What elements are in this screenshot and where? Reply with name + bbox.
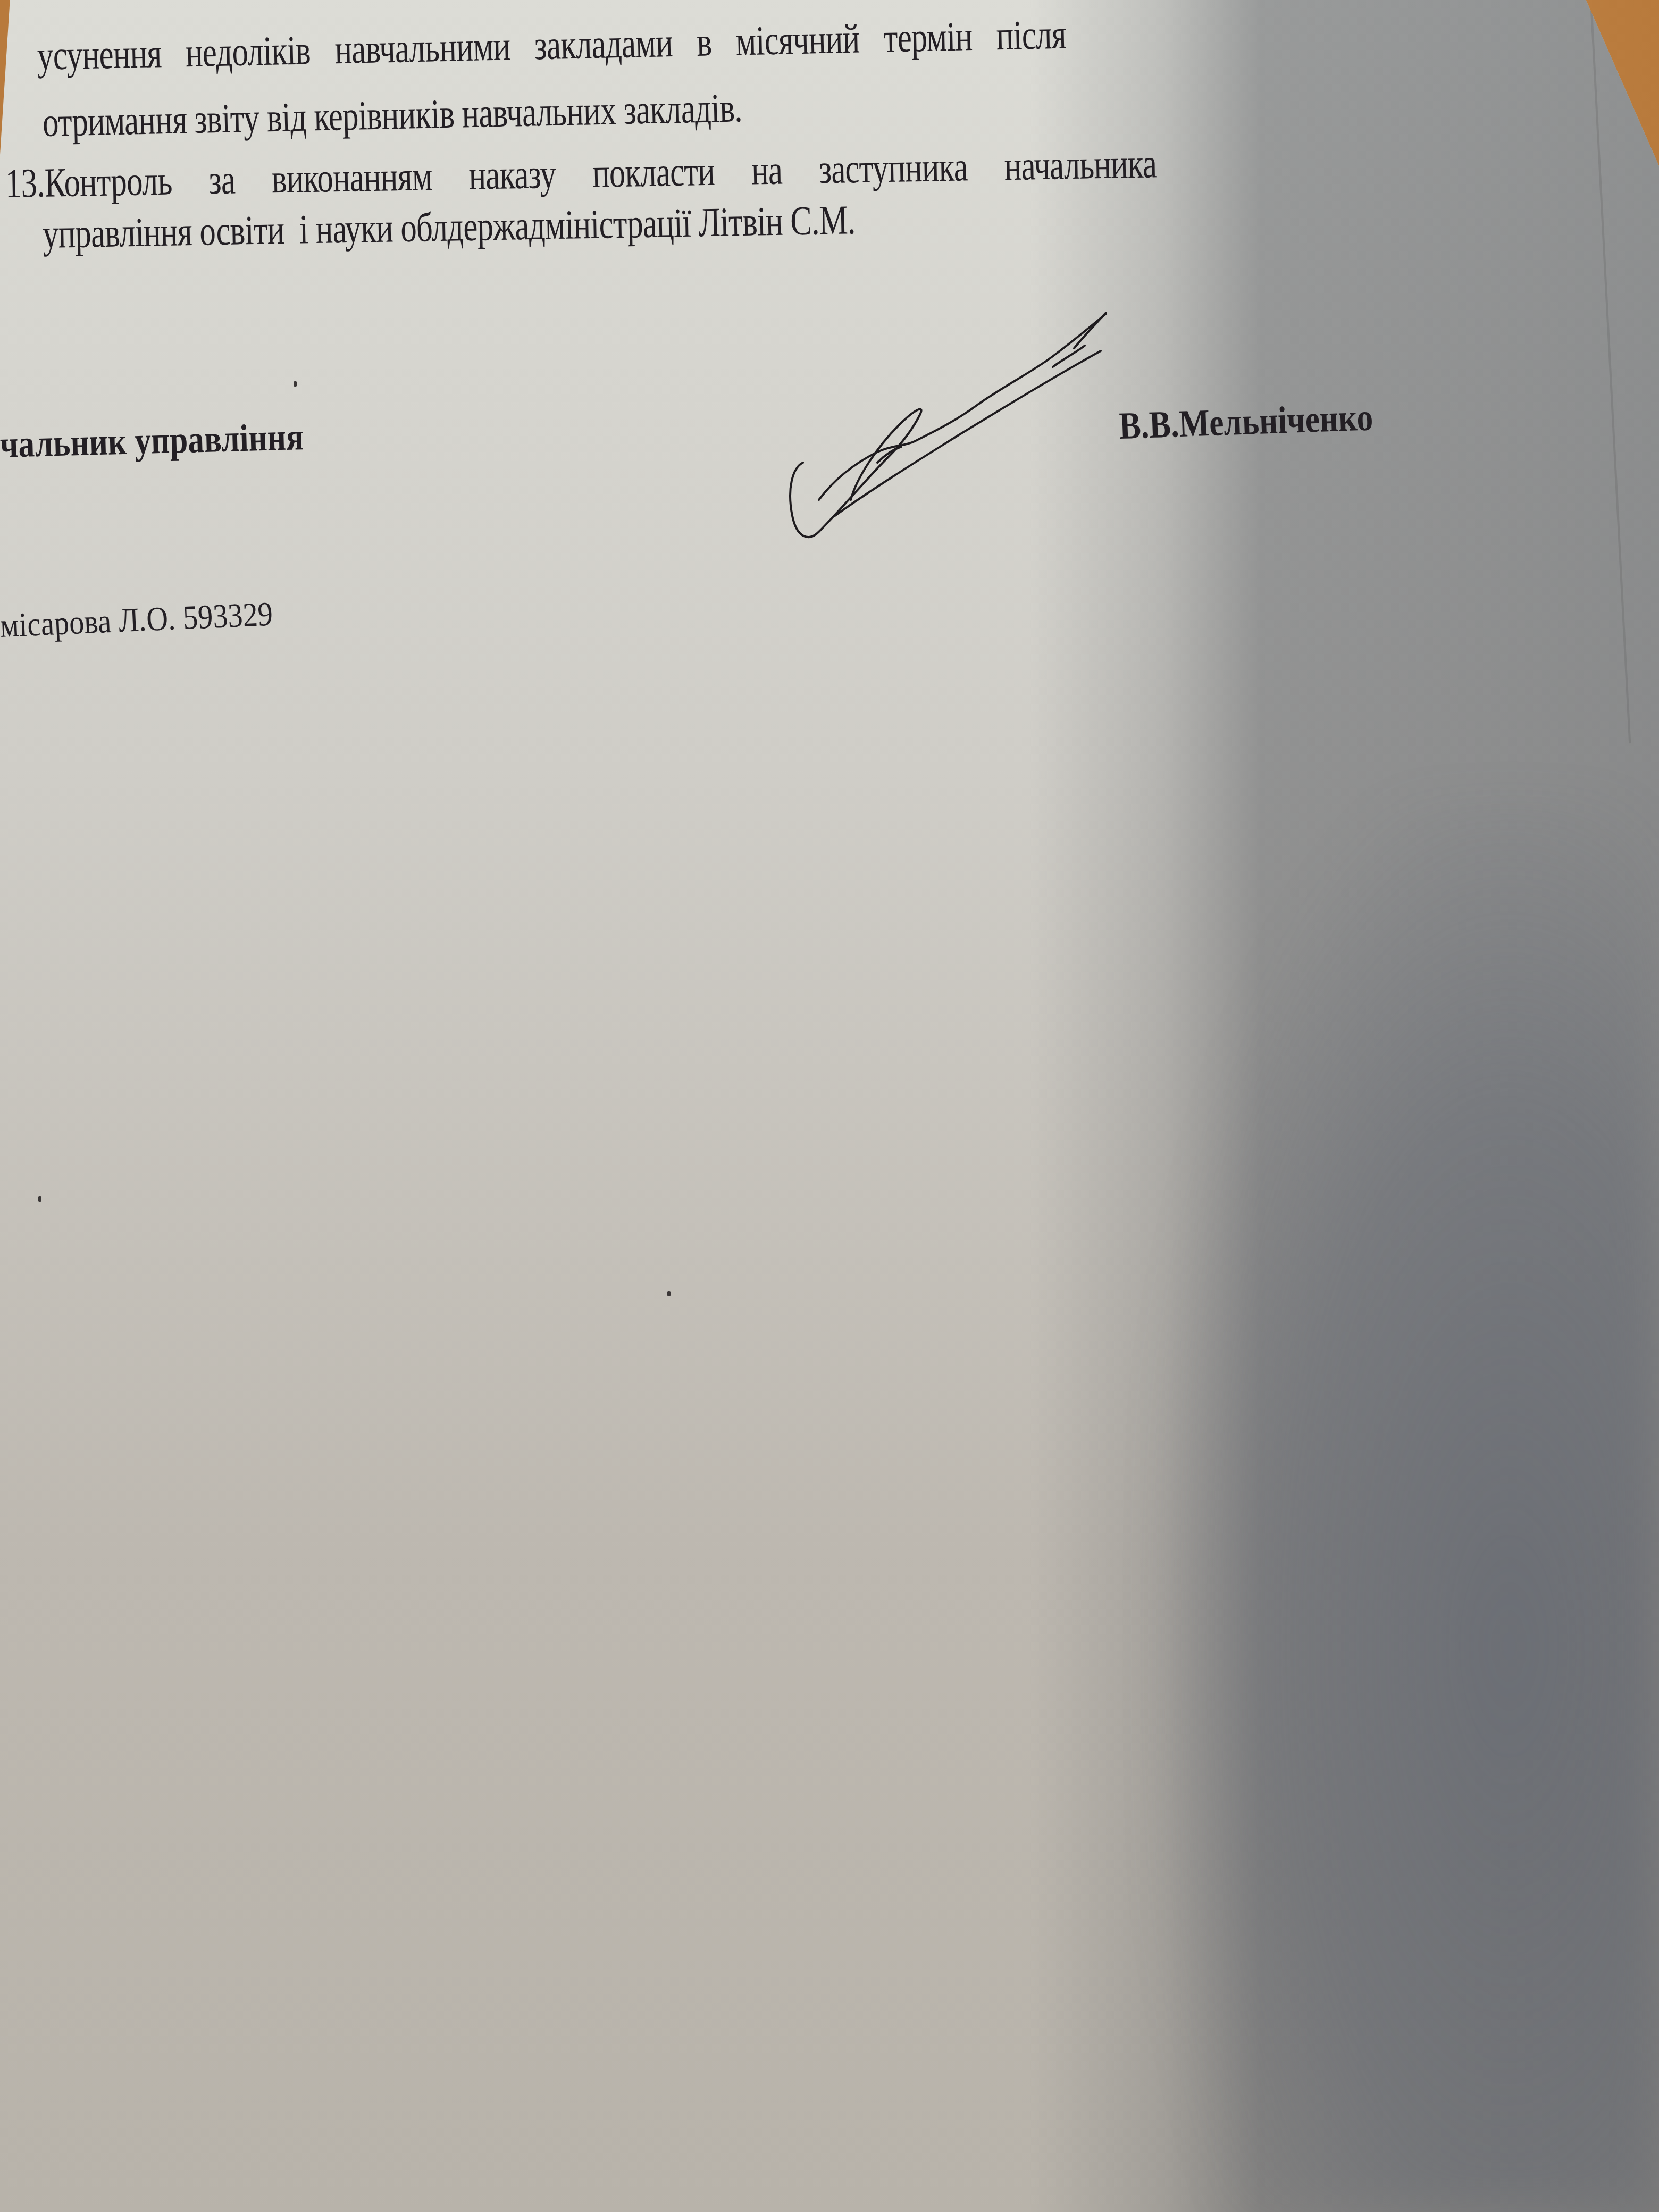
photo-shadow [1159,798,1659,2212]
item-13-line-2: управління освіти і науки облдержадмініс… [42,196,856,258]
paragraph-text: отримання звіту від керівників навчальни… [42,84,742,145]
ink-speck [667,1291,671,1296]
item-text: Контроль за виконанням наказу покласти н… [44,140,1157,205]
item-13-line-1: 13.Контроль за виконанням наказу покласт… [5,139,1157,207]
paragraph-text: усунення недоліків навчальними закладами… [37,0,1568,80]
item-text: управління освіти і науки облдержадмініс… [42,196,856,257]
document-page: усунення недоліків навчальними закладами… [0,0,1659,2212]
signatory-name: В.В.Мельніченко [1119,395,1374,448]
paper-fold-line [1590,0,1631,743]
paragraph-line-1: усунення недоліків навчальними закладами… [37,0,1568,80]
item-number: 13. [5,160,45,206]
paragraph-line-2: отримання звіту від керівників навчальни… [42,83,742,146]
ink-speck [294,381,297,387]
handwritten-signature-icon [755,287,1159,553]
signatory-title: чальник управління [0,415,304,467]
executor-note: місарова Л.О. 593329 [0,594,273,646]
ink-speck [38,1196,41,1202]
